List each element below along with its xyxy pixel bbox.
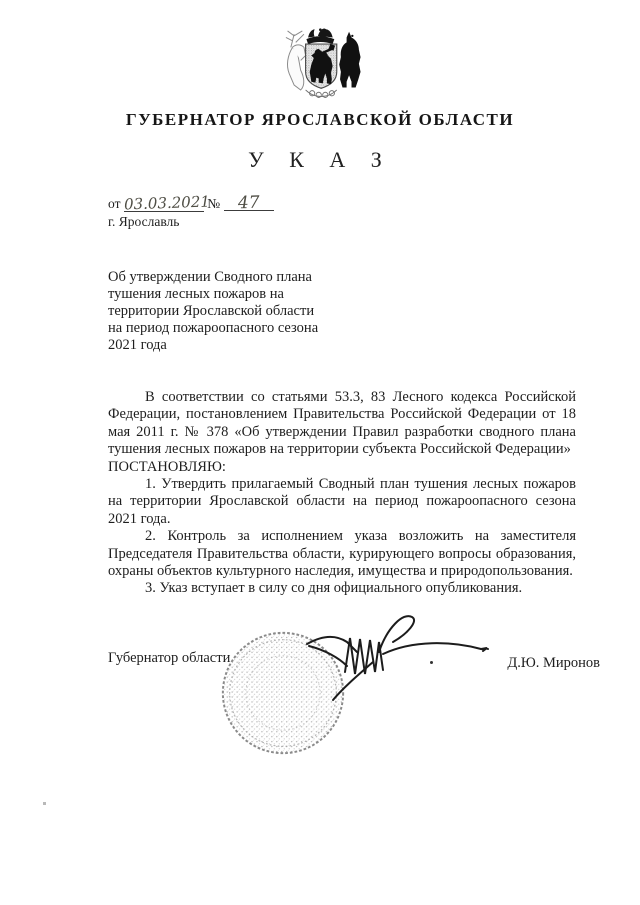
- place-of-issue: г. Ярославль: [108, 214, 274, 230]
- decree-item-2: 2. Контроль за исполнением указа возложи…: [108, 528, 576, 580]
- date-field: 03.03.2021: [124, 196, 204, 212]
- date-number-line: от 03.03.2021 № 47: [108, 196, 274, 212]
- decree-body: В соответствии со статьями 53.3, 83 Лесн…: [108, 389, 576, 598]
- decree-subject: Об утверждении Сводного плана тушения ле…: [108, 269, 428, 354]
- document-type-heading: У К А З: [0, 147, 640, 173]
- resolve-word: ПОСТАНОВЛЯЮ:: [108, 459, 576, 476]
- handwritten-signature: [295, 608, 495, 713]
- signer-position: Губернатор области: [108, 650, 230, 667]
- signer-name: Д.Ю. Миронов: [507, 655, 600, 672]
- intro-paragraph: В соответствии со статьями 53.3, 83 Лесн…: [108, 389, 576, 459]
- date-prefix-label: от: [108, 196, 120, 211]
- coat-of-arms-icon: [281, 27, 363, 107]
- document-requisites: от 03.03.2021 № 47 г. Ярославль: [108, 196, 274, 230]
- handwritten-number: 47: [237, 196, 259, 211]
- decree-item-1: 1. Утвердить прилагаемый Сводный план ту…: [108, 476, 576, 528]
- ink-dot: [430, 661, 433, 664]
- number-field: 47: [224, 196, 274, 211]
- decree-item-3: 3. Указ вступает в силу со дня официальн…: [108, 580, 576, 597]
- issuing-authority-title: ГУБЕРНАТОР ЯРОСЛАВСКОЙ ОБЛАСТИ: [0, 110, 640, 130]
- handwritten-date: 03.03.2021: [124, 195, 210, 212]
- decree-document-page: ГУБЕРНАТОР ЯРОСЛАВСКОЙ ОБЛАСТИ У К А З о…: [0, 0, 640, 905]
- scan-speck: [43, 802, 46, 805]
